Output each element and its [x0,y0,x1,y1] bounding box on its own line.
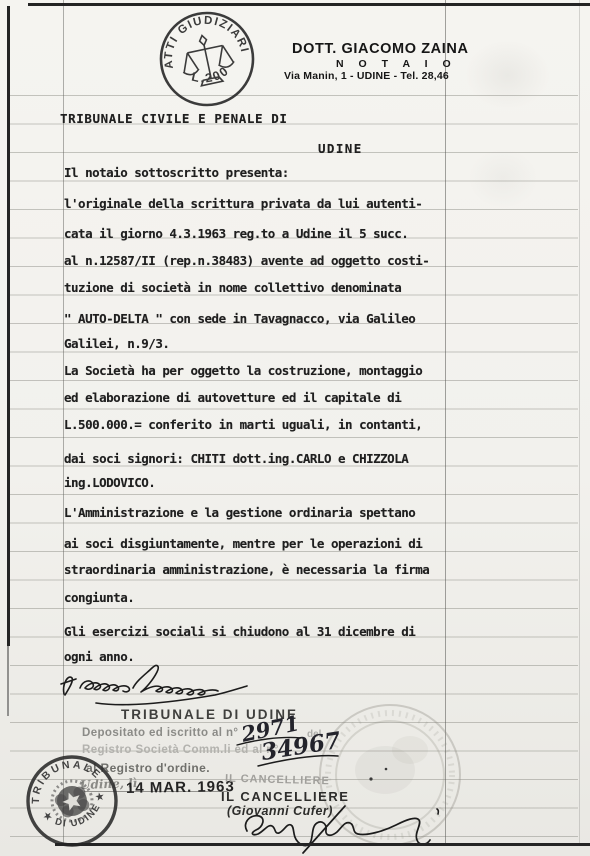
scan-edge-left-fade [7,646,9,716]
stamp-arc-top-label: ATTI GIUDIZIARI [155,7,251,71]
svg-text:ATTI GIUDIZIARI: ATTI GIUDIZIARI [155,7,251,71]
edge-line-right [579,0,580,843]
court-header-line2: UDINE [318,141,363,156]
scan-edge-bottom [55,843,590,846]
deposit-line: Depositato ed iscritto al n° [82,727,238,739]
scales-of-justice-icon [177,30,238,89]
clerk-label: IL CANCELLIERE [221,789,349,804]
faded-round-seal [305,690,475,856]
body-line: straordinaria amministrazione, è necessa… [64,562,429,577]
body-line: Il notaio sottoscritto presenta: [64,165,289,180]
scan-edge-top [28,3,590,6]
revenue-stamp-atti-giudiziari: ATTI GIUDIZIARI L.200 [150,2,264,116]
scan-edge-left [7,6,10,646]
body-line: Galilei, n.9/3. [64,336,169,351]
body-line: al n.12587/II (rep.n.38483) avente ad og… [64,253,429,268]
body-line: ed elaborazione di autovetture ed il cap… [64,390,401,405]
clerk-name: (Giovanni Cufer) [227,804,333,818]
body-line: dai soci signori: CHITI dott.ing.CARLO e… [64,451,408,466]
body-line: La Società ha per oggetto la costruzione… [64,363,422,378]
body-line: ogni anno. [64,649,134,664]
body-line: tuzione di società in nome collettivo de… [64,280,401,295]
body-line: ai soci disgiuntamente, mentre per le op… [64,536,422,551]
notary-address: Via Manin, 1 - UDINE - Tel. 28,46 [284,70,449,82]
date-stamp: 14 MAR. 1963 [126,778,235,797]
body-line: ing.LODOVICO. [64,475,155,490]
notary-role: N O T A I O [336,58,457,70]
body-line: Gli esercizi sociali si chiudono al 31 d… [64,624,415,639]
body-line: l'originale della scrittura privata da l… [64,196,422,211]
body-line: congiunta. [64,590,134,605]
body-line: L'Amministrazione e la gestione ordinari… [64,505,415,520]
scanned-document-page: ATTI GIUDIZIARI L.200 DOTT. GIACOMO ZAIN… [0,0,590,856]
notary-name: DOTT. GIACOMO ZAINA [292,41,469,57]
body-line: " AUTO-DELTA " con sede in Tavagnacco, v… [64,311,415,326]
body-line: cata il giorno 4.3.1963 reg.to a Udine i… [64,226,408,241]
body-line: L.500.000.= conferito in marti uguali, i… [64,417,422,432]
court-round-seal: TRIBUNALE ★ DI UDINE ★ [24,754,124,854]
